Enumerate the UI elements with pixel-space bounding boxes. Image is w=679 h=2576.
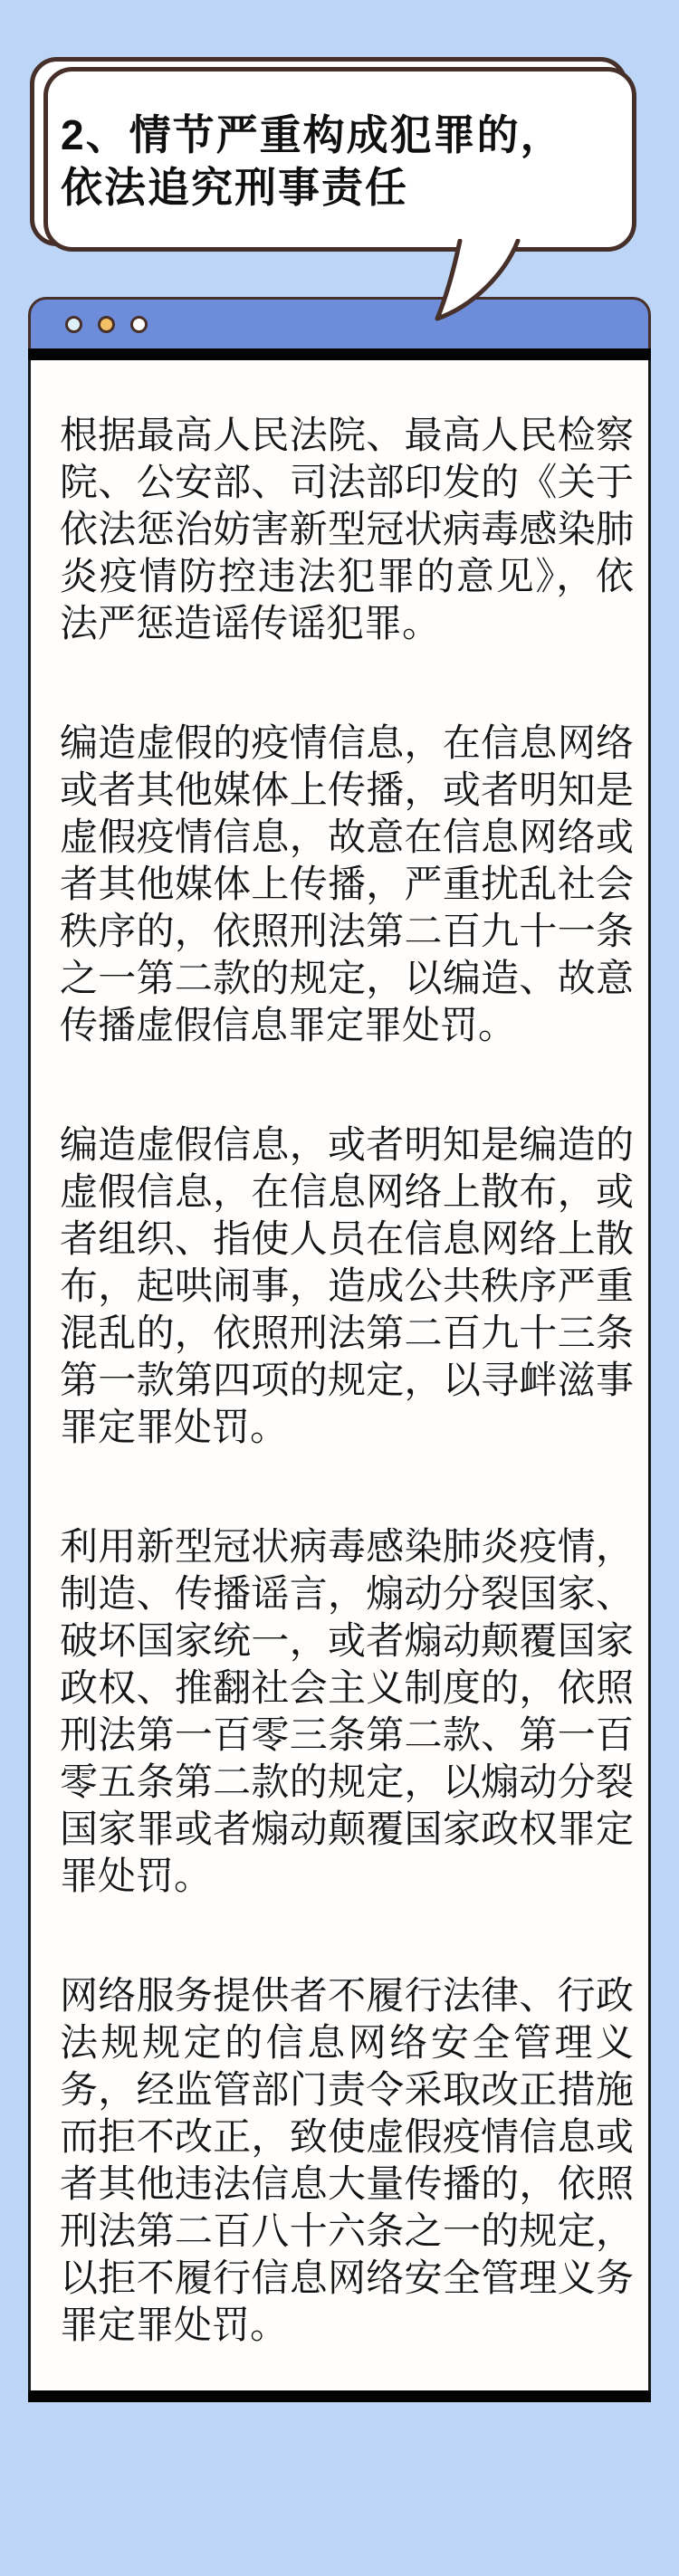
paragraph: 编造虚假信息，或者明知是编造的虚假信息，在信息网络上散布，或者组织、指使人员在信… — [60, 1121, 634, 1451]
window-dot-white-icon — [130, 316, 148, 333]
browser-titlebar — [28, 297, 651, 348]
paragraph: 根据最高人民法院、最高人民检察院、公安部、司法部印发的《关于依法惩治妨害新型冠状… — [60, 412, 634, 647]
window-dot-pale-blue-icon — [65, 316, 82, 333]
paragraph: 编造虚假的疫情信息，在信息网络或者其他媒体上传播，或者明知是虚假疫情信息，故意在… — [60, 720, 634, 1049]
paragraph: 网络服务提供者不履行法律、行政法规规定的信息网络安全管理义务，经监管部门责令采取… — [60, 1972, 634, 2349]
page-title-line-1: 2、情节严重构成犯罪的， — [61, 109, 605, 161]
legal-text-body: 根据最高人民法院、最高人民检察院、公安部、司法部印发的《关于依法惩治妨害新型冠状… — [28, 360, 651, 2390]
titlebar-dots — [65, 316, 148, 333]
speech-bubble-tail-icon — [433, 239, 523, 329]
browser-window-card: 根据最高人民法院、最高人民检察院、公安部、司法部印发的《关于依法惩治妨害新型冠状… — [28, 297, 651, 2402]
page-title: 2、情节严重构成犯罪的， 依法追究刑事责任 — [61, 109, 605, 214]
title-speech-bubble: 2、情节严重构成犯罪的， 依法追究刑事责任 — [30, 57, 627, 246]
page-title-line-2: 依法追究刑事责任 — [61, 161, 605, 214]
footer-divider — [28, 2390, 651, 2402]
header-divider — [28, 348, 651, 360]
infographic-poster: 2、情节严重构成犯罪的， 依法追究刑事责任 根据最高人民法院、最高人民检察院、公… — [0, 0, 679, 2576]
paragraph: 利用新型冠状病毒感染肺炎疫情，制造、传播谣言，煽动分裂国家、破坏国家统一，或者煽… — [60, 1523, 634, 1900]
window-dot-orange-icon — [98, 316, 115, 333]
